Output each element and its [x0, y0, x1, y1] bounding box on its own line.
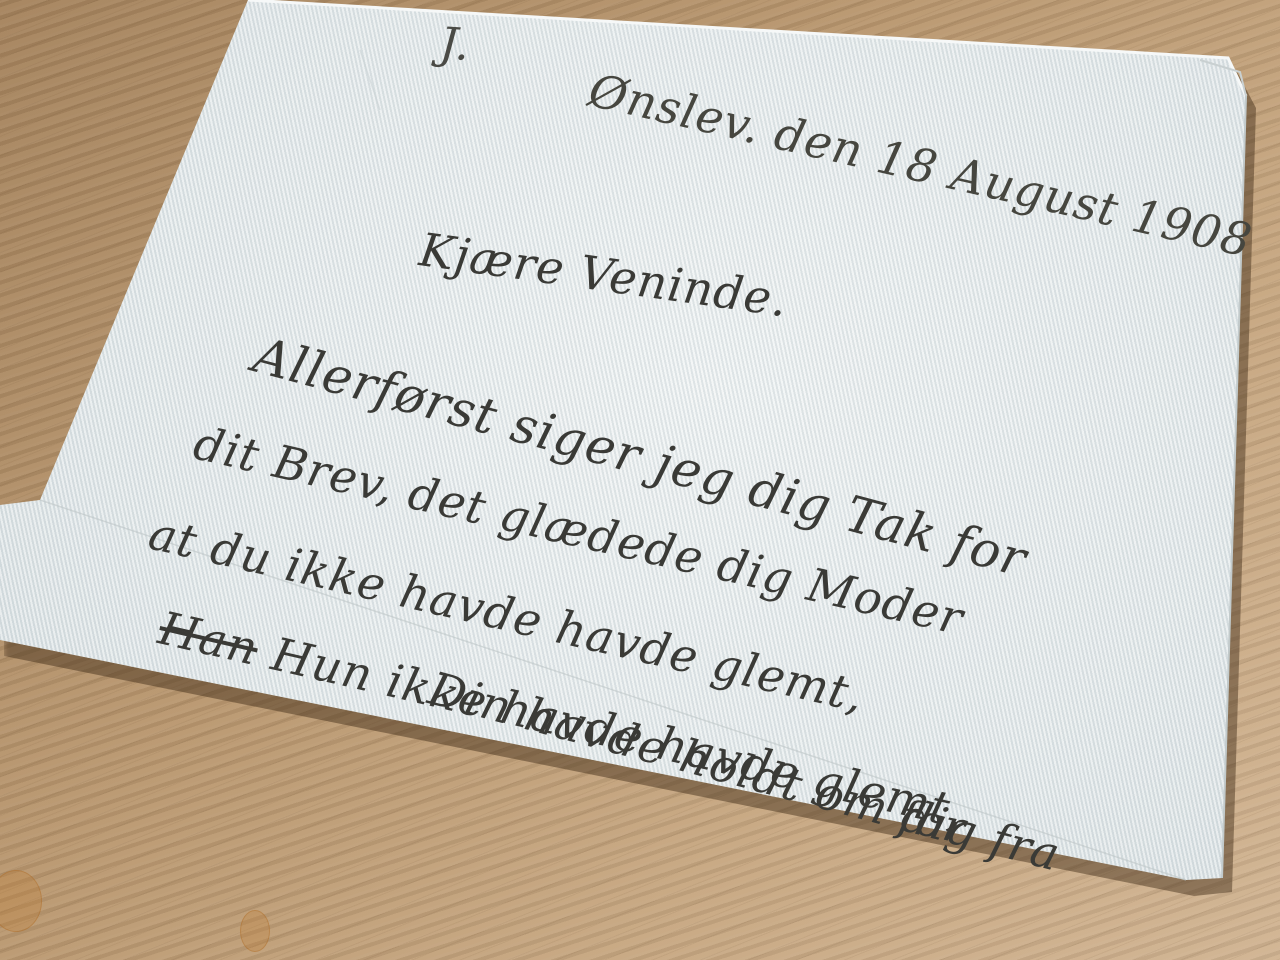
- table-stain: [0, 870, 42, 932]
- letter-salutation-mark: J.: [438, 18, 472, 71]
- table-stain: [240, 910, 270, 952]
